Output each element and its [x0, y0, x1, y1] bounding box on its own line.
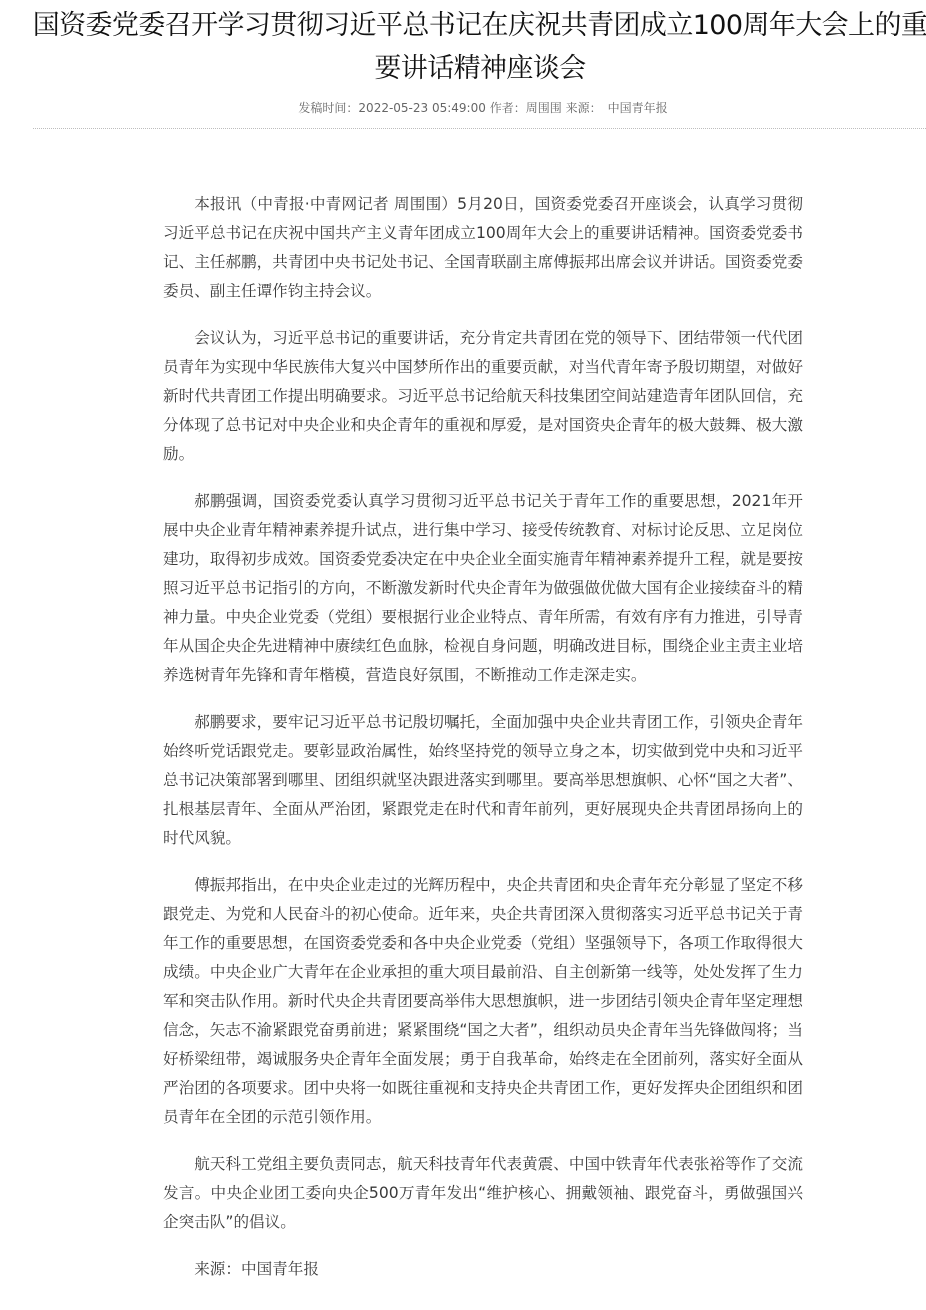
publish-time: 2022-05-23 05:49:00: [358, 101, 485, 115]
paragraph-5: 傅振邦指出，在中央企业走过的光辉历程中，央企共青团和央企青年充分彰显了坚定不移跟…: [163, 871, 803, 1132]
header-divider: [33, 128, 926, 129]
paragraph-6: 航天科工党组主要负责同志，航天科技青年代表黄震、中国中铁青年代表张裕等作了交流发…: [163, 1150, 803, 1237]
paragraph-4: 郝鹏要求，要牢记习近平总书记殷切嘱托，全面加强中央企业共青团工作，引领央企青年始…: [163, 708, 803, 853]
article-title: 国资委党委召开学习贯彻习近平总书记在庆祝共青团成立100周年大会上的重要讲话精神…: [20, 4, 926, 90]
author-label: 作者：: [490, 101, 526, 115]
article-body: 本报讯（中青报·中青网记者 周围围）5月20日，国资委党委召开座谈会，认真学习贯…: [163, 190, 803, 1302]
paragraph-2: 会议认为，习近平总书记的重要讲话，充分肯定共青团在党的领导下、团结带领一代代团员…: [163, 324, 803, 469]
paragraph-3: 郝鹏强调，国资委党委认真学习贯彻习近平总书记关于青年工作的重要思想，2021年开…: [163, 487, 803, 690]
author-name: 周围围: [526, 101, 562, 115]
source-name: 中国青年报: [608, 101, 668, 115]
source-line: 来源：中国青年报: [163, 1255, 803, 1284]
article-meta: 发稿时间：2022-05-23 05:49:00 作者：周围围 来源：中国青年报: [0, 99, 926, 117]
paragraph-1: 本报讯（中青报·中青网记者 周围围）5月20日，国资委党委召开座谈会，认真学习贯…: [163, 190, 803, 306]
publish-time-label: 发稿时间：: [298, 101, 358, 115]
source-label: 来源：: [566, 101, 602, 115]
